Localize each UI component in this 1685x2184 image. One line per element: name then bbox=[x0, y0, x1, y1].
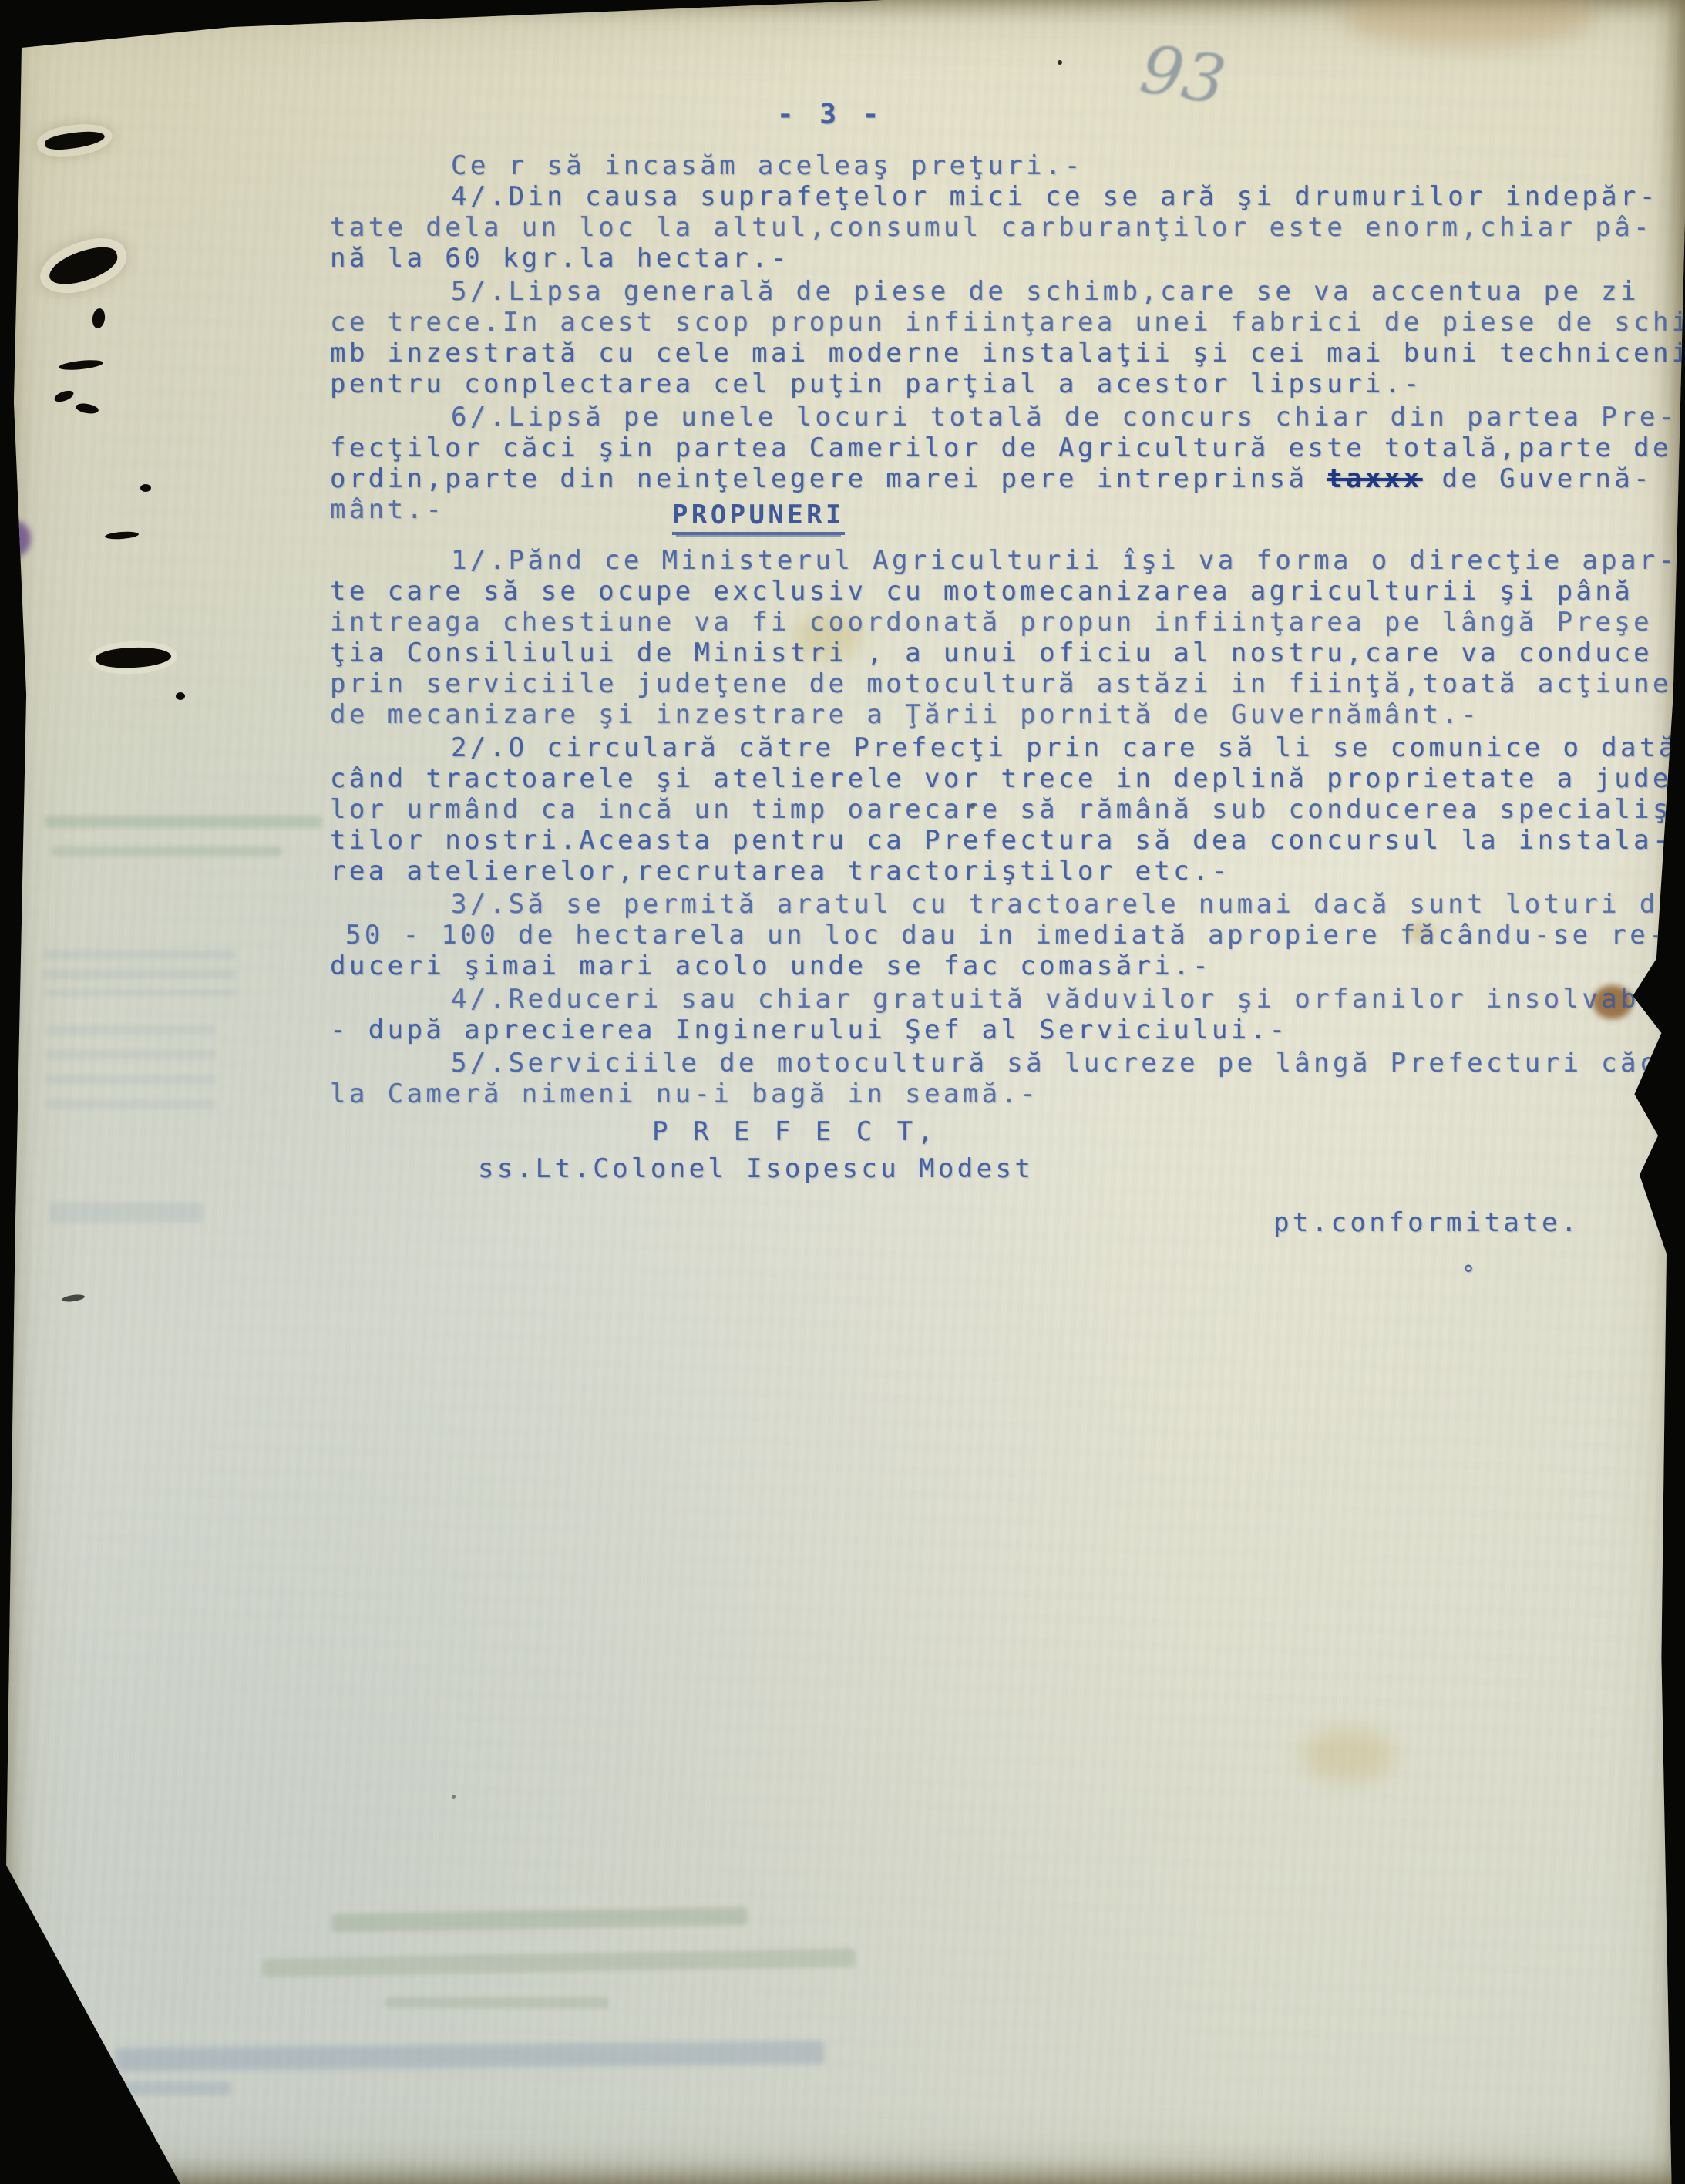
certification-note: pt.conformitate. bbox=[1273, 1207, 1580, 1238]
bleed-through-text bbox=[331, 1906, 748, 1932]
typed-line: când tractoarele şi atelierele vor trece… bbox=[330, 763, 1685, 794]
punch-hole-tear bbox=[140, 484, 151, 492]
typed-line: te care să se ocupe exclusiv cu motomeca… bbox=[330, 576, 1685, 607]
punch-hole-tear bbox=[176, 692, 185, 700]
typed-line: la Cameră nimeni nu-i bagă in seamă.- bbox=[330, 1079, 1685, 1109]
typed-line: nă la 60 kgr.la hectar.- bbox=[330, 243, 1685, 274]
punch-hole-tear bbox=[91, 308, 106, 329]
signature-name: ss.Lt.Colonel Isopescu Modest bbox=[478, 1153, 1034, 1184]
signature-title: P R E F E C T, bbox=[652, 1116, 938, 1147]
typed-line: lor urmând ca incă un timp oarecare să r… bbox=[330, 794, 1685, 825]
typed-line: prin serviciile judeţene de motocultură … bbox=[330, 668, 1685, 699]
typed-line: tilor nostri.Aceasta pentru ca Prefectur… bbox=[330, 825, 1685, 856]
typed-line: ordin,parte din neinţelegere marei pere … bbox=[330, 463, 1685, 494]
typed-line: 5/.Serviciile de motocultură să lucreze … bbox=[330, 1048, 1685, 1079]
punch-hole-tear bbox=[53, 389, 76, 404]
bleed-through-text bbox=[262, 1948, 856, 1977]
typed-line: 4/.Reduceri sau chiar gratuită văduvilor… bbox=[330, 984, 1685, 1015]
section-heading-propuneri: PROPUNERI bbox=[672, 500, 845, 535]
typed-line: de mecanizare şi inzestrare a Ţării porn… bbox=[330, 699, 1685, 730]
typed-line: 3/.Să se permită aratul cu tractoarele n… bbox=[330, 889, 1685, 920]
punch-hole-tear bbox=[75, 402, 99, 415]
typed-line: Ce r să incasăm aceleaş preţuri.- bbox=[330, 150, 1685, 181]
struck-out-word: taxxx bbox=[1327, 463, 1422, 494]
typed-line: pentru conplectarea cel puţin parţial a … bbox=[330, 368, 1685, 399]
stain bbox=[1341, 0, 1596, 48]
bleed-through-text bbox=[45, 816, 322, 828]
typed-line: 50 - 100 de hectarela un loc dau in imed… bbox=[330, 920, 1685, 951]
typed-line: mb inzestrată cu cele mai moderne instal… bbox=[330, 338, 1685, 368]
typed-line: fecţilor căci şin partea Camerilor de Ag… bbox=[330, 432, 1685, 463]
bleed-through-text bbox=[49, 1203, 203, 1223]
bleed-through-text bbox=[116, 2041, 825, 2071]
document-scan: - 3 - 93 Ce r să incasăm aceleaş preţuri… bbox=[0, 0, 1685, 2184]
typed-line: 6/.Lipsă pe unele locuri totală de concu… bbox=[330, 402, 1685, 432]
ink-blob bbox=[0, 521, 31, 557]
typed-line: 1/.Pănd ce Ministerul Agriculturii îşi v… bbox=[330, 545, 1685, 576]
punch-hole-tear bbox=[45, 242, 122, 290]
punch-hole-tear bbox=[59, 358, 104, 372]
typed-line: ţia Consiliului de Ministri , a unui ofi… bbox=[330, 638, 1685, 668]
typed-line: mânt.- bbox=[330, 494, 1685, 525]
typed-lines: Ce r să incasăm aceleaş preţuri.-4/.Din … bbox=[330, 150, 1685, 1109]
typed-line: rea atelierelor,recrutarea tractoriştilo… bbox=[330, 856, 1685, 887]
punch-hole-tear bbox=[105, 530, 140, 540]
typed-line: ce trece.In acest scop propun infiinţare… bbox=[330, 307, 1685, 338]
typed-line: tate dela un loc la altul,consumul carbu… bbox=[330, 212, 1685, 243]
typed-line: intreaga chestiune va fi coordonată prop… bbox=[330, 607, 1685, 638]
typed-line: duceri şimai mari acolo unde se fac coma… bbox=[330, 951, 1685, 981]
bleed-through-text bbox=[46, 2081, 231, 2095]
bleed-through-text bbox=[51, 846, 282, 856]
paper-sheet: - 3 - 93 Ce r să incasăm aceleaş preţuri… bbox=[0, 0, 1685, 2184]
bleed-through-text bbox=[385, 1997, 609, 2008]
typed-line: - după aprecierea Inginerului Şef al Ser… bbox=[330, 1015, 1685, 1045]
certification-mark: ° bbox=[1461, 1261, 1475, 1288]
typed-line: 2/.O circulară către Prefecţi prin care … bbox=[330, 732, 1685, 763]
typed-line: 5/.Lipsa generală de piese de schimb,car… bbox=[330, 276, 1685, 307]
typed-line: 4/.Din causa suprafeţelor mici ce se ară… bbox=[330, 181, 1685, 212]
stain bbox=[1303, 1728, 1395, 1782]
handwritten-page-number: 93 bbox=[1135, 31, 1231, 120]
bleed-through-text bbox=[46, 1025, 216, 1118]
punch-hole-tear bbox=[44, 128, 106, 153]
punch-hole-tear bbox=[62, 1294, 86, 1303]
page-number: - 3 - bbox=[777, 99, 883, 130]
punch-hole-tear bbox=[95, 645, 171, 669]
bleed-through-text bbox=[43, 950, 236, 996]
